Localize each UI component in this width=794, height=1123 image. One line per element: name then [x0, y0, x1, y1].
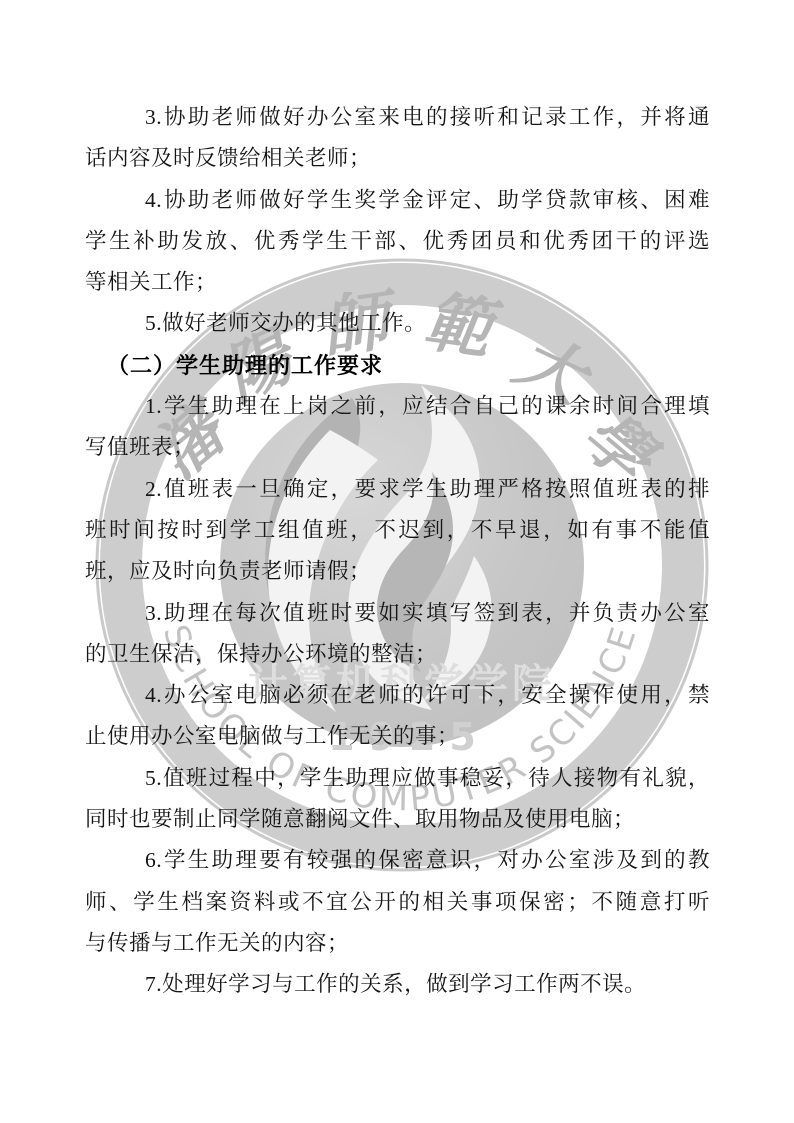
text-line: 5.做好老师交办的其他工作。	[85, 303, 710, 344]
text-line: 3.协助老师做好办公室来电的接听和记录工作，并将通	[85, 97, 710, 138]
text-line: 师、学生档案资料或不宜公开的相关事项保密；不随意打听	[85, 882, 710, 923]
text-line: 班，应及时向负责老师请假；	[85, 551, 710, 592]
text-line: 2.值班表一旦确定，要求学生助理严格按照值班表的排	[85, 469, 710, 510]
text-line: 6.学生助理要有较强的保密意识，对办公室涉及到的教	[85, 840, 710, 881]
text-line: 4.协助老师做好学生奖学金评定、助学贷款审核、困难	[85, 180, 710, 221]
text-line: 3.助理在每次值班时要如实填写签到表，并负责办公室	[85, 593, 710, 634]
text-line: 写值班表；	[85, 427, 710, 468]
section-heading: （二）学生助理的工作要求	[85, 345, 710, 386]
text-line: 5.值班过程中，学生助理应做事稳妥，待人接物有礼貌，	[85, 758, 710, 799]
text-line: 1.学生助理在上岗之前，应结合自己的课余时间合理填	[85, 386, 710, 427]
text-line: 班时间按时到学工组值班，不迟到，不早退，如有事不能值	[85, 510, 710, 551]
document-page: 瀋 陽 師 範 大 學 SCHOOL OF COMPUTER SCIENCE 计…	[0, 0, 794, 1123]
text-line: 等相关工作；	[85, 262, 710, 303]
text-line: 止使用办公室电脑做与工作无关的事；	[85, 716, 710, 757]
text-line: 4.办公室电脑必须在老师的许可下，安全操作使用，禁	[85, 675, 710, 716]
text-line: 的卫生保洁，保持办公环境的整洁；	[85, 634, 710, 675]
text-line: 7.处理好学习与工作的关系，做到学习工作两不误。	[85, 964, 710, 1005]
text-line: 与传播与工作无关的内容；	[85, 923, 710, 964]
text-line: 同时也要制止同学随意翻阅文件、取用物品及使用电脑；	[85, 799, 710, 840]
document-body: 3.协助老师做好办公室来电的接听和记录工作，并将通 话内容及时反馈给相关老师； …	[0, 0, 794, 1123]
text-line: 学生补助发放、优秀学生干部、优秀团员和优秀团干的评选	[85, 221, 710, 262]
text-line: 话内容及时反馈给相关老师；	[85, 138, 710, 179]
